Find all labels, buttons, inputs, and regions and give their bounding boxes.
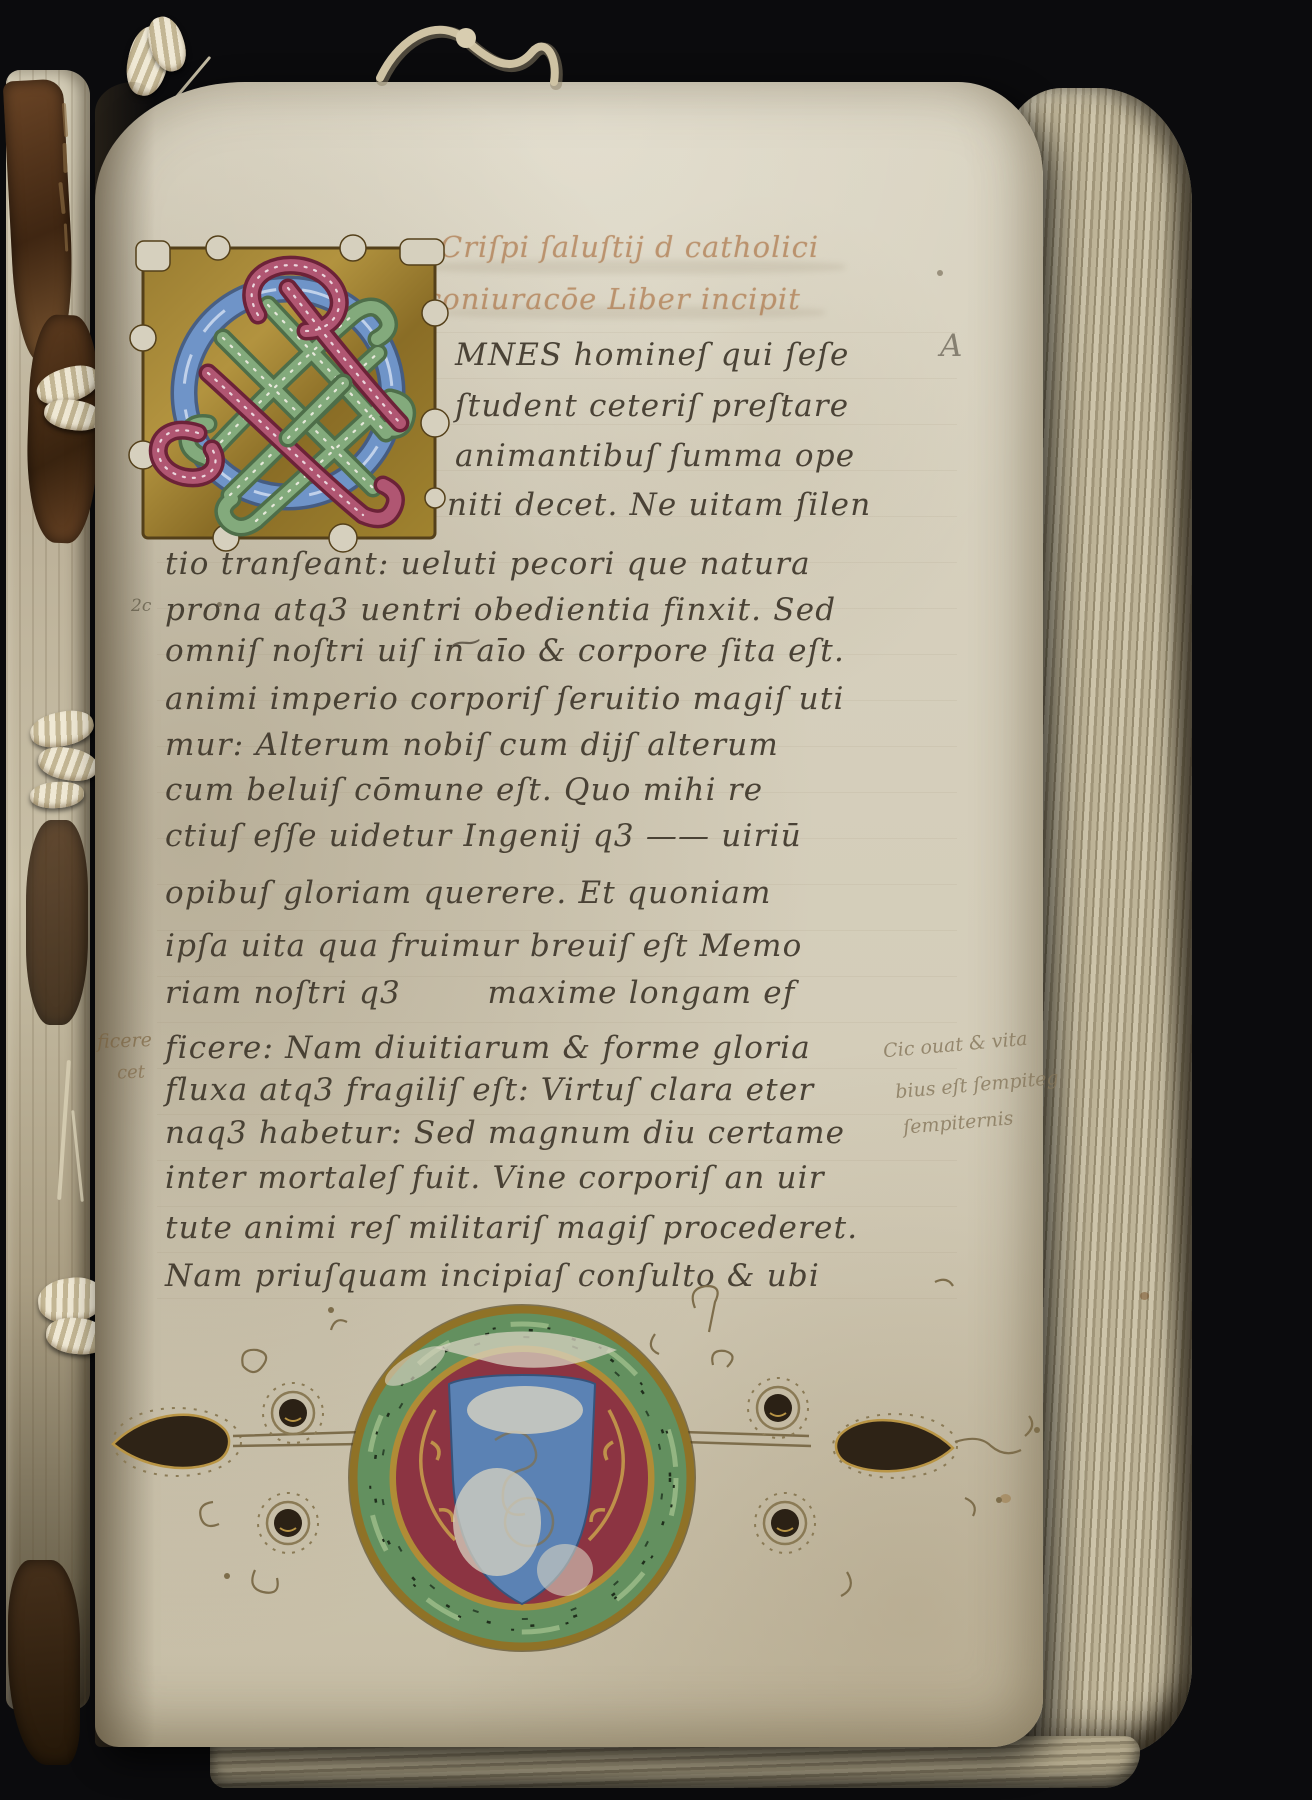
text-line: cum beluiſ cōmune eſt. Quo mihi re bbox=[165, 772, 763, 808]
spine-leather-fragment bbox=[8, 1560, 80, 1765]
manuscript-photo: Criſpi ſaluſtij d catholici coniuracōe L… bbox=[0, 0, 1312, 1800]
text-line: ipſa uita qua fruimur breuiſ eſt Memo bbox=[165, 928, 803, 964]
text-line: mur: Alterum nobiſ cum dijſ alterum bbox=[165, 727, 779, 763]
bookmark-thread bbox=[372, 8, 567, 106]
text-line: ſtudent ceteriſ preſtare bbox=[455, 388, 849, 424]
illuminated-initial-o bbox=[138, 243, 440, 543]
dot-motif bbox=[748, 1378, 808, 1438]
text-line: MNES homineſ qui ſeſe bbox=[455, 337, 850, 373]
text-line: niti decet. Ne uitam ſilen bbox=[447, 487, 871, 523]
teardrop-motif bbox=[836, 1420, 953, 1471]
text-line: opibuſ gloriam querere. Et quoniam bbox=[165, 875, 772, 911]
text-line: riam noſtri q3 maxime longam ef bbox=[165, 975, 796, 1011]
right-pen-flourish bbox=[651, 1280, 1040, 1596]
margin-note: ficere bbox=[97, 1029, 153, 1053]
teardrop-motif bbox=[113, 1415, 229, 1468]
text-line: omniſ noſtri uiſ in aīo & corpore ſita e… bbox=[165, 633, 845, 669]
margin-note: cet bbox=[117, 1062, 146, 1084]
dot-motif bbox=[755, 1493, 815, 1553]
stain-spot bbox=[937, 270, 943, 276]
margin-letter-a: A bbox=[940, 328, 962, 364]
text-line: animantibuſ ſumma ope bbox=[455, 438, 855, 474]
rubric-title-line: coniuracōe Liber incipit bbox=[425, 282, 801, 316]
text-line: tio tranſeant: ueluti pecori que natura bbox=[165, 546, 811, 582]
correction-mark: ~ bbox=[445, 626, 486, 661]
dot-motif bbox=[258, 1493, 318, 1553]
spine-leather-fragment bbox=[26, 820, 88, 1025]
text-line: ficere: Nam diuitiarum & forme gloria bbox=[165, 1030, 811, 1066]
text-line: prona atq3 uentri obedientia finxit. Sed bbox=[165, 592, 836, 628]
margin-mark: 2c bbox=[131, 596, 151, 616]
text-line: tute animi reſ militariſ magiſ procedere… bbox=[165, 1210, 858, 1246]
bas-de-page-ornament bbox=[95, 1270, 1043, 1700]
armorial-medallion bbox=[346, 1302, 698, 1654]
text-line: fluxa atq3 fragiliſ eſt: Virtuſ clara et… bbox=[165, 1072, 814, 1108]
manuscript-page: Criſpi ſaluſtij d catholici coniuracōe L… bbox=[95, 82, 1043, 1747]
stain-spot bbox=[1140, 1292, 1149, 1300]
text-line: animi imperio corporiſ ſeruitio magiſ ut… bbox=[165, 681, 845, 717]
text-line: ctiuſ eſſe uidetur Ingenij q3 —— uiriū bbox=[165, 818, 802, 854]
left-pen-flourish bbox=[113, 1307, 363, 1593]
rubric-title-line: Criſpi ſaluſtij d catholici bbox=[440, 230, 819, 264]
text-line: inter mortaleſ fuit. Vine corporiſ an ui… bbox=[165, 1160, 825, 1196]
text-line: naq3 habetur: Sed magnum diu certame bbox=[165, 1115, 845, 1151]
